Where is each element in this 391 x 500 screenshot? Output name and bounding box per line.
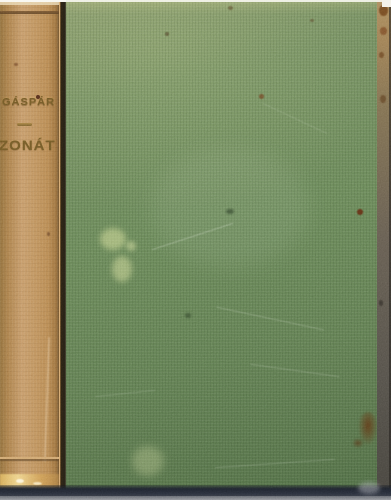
photo-border-top-right [382,0,391,7]
cover-speck [185,313,191,318]
cover-speck [165,32,169,36]
book-front-cover [66,0,377,496]
fore-edge-spot [380,95,386,103]
cover-stain [100,228,126,250]
fore-edge-spot [379,300,383,306]
spine-speck [14,63,18,66]
spine-speck [36,95,40,99]
book-fore-edge [377,0,391,496]
cover-scratch [95,390,155,397]
bottom-corner-wear [358,482,380,494]
spine-top-edge [0,2,59,5]
cover-stain [112,256,132,282]
spine-speck [47,232,50,236]
spine-title-label: ZONÁT [0,137,56,153]
book-bottom-shadow [0,485,391,496]
cover-speck [228,6,233,10]
cover-speck [357,209,363,215]
photo-border-top [0,0,391,2]
cover-speck [310,19,314,22]
book-photo: GÁSPÁR ZONÁT [0,0,391,500]
book-hinge-groove [59,2,66,496]
cover-stain [132,446,164,476]
cover-stain-brown [352,438,364,448]
spine-headcap-groove [0,11,59,14]
cover-stain [126,241,136,251]
cover-top-fade [66,0,377,14]
cover-scratch [250,364,339,378]
fore-edge-spot [379,52,384,58]
spine-gilt-rule [17,123,32,126]
spine-crease [44,337,50,462]
cover-scratch [216,307,324,331]
fore-edge-spot [380,27,387,35]
cover-scratch [263,103,327,133]
spine-author-label: GÁSPÁR [2,96,55,107]
cover-sheen [150,148,310,268]
cover-speck [259,94,264,99]
cover-speck [226,209,234,214]
spine-wear-fleck [16,479,24,483]
cover-scratch [215,459,335,468]
photo-border-bottom [0,496,391,500]
spine-bottom-ridge [0,457,59,459]
book-spine: GÁSPÁR ZONÁT [0,2,59,496]
